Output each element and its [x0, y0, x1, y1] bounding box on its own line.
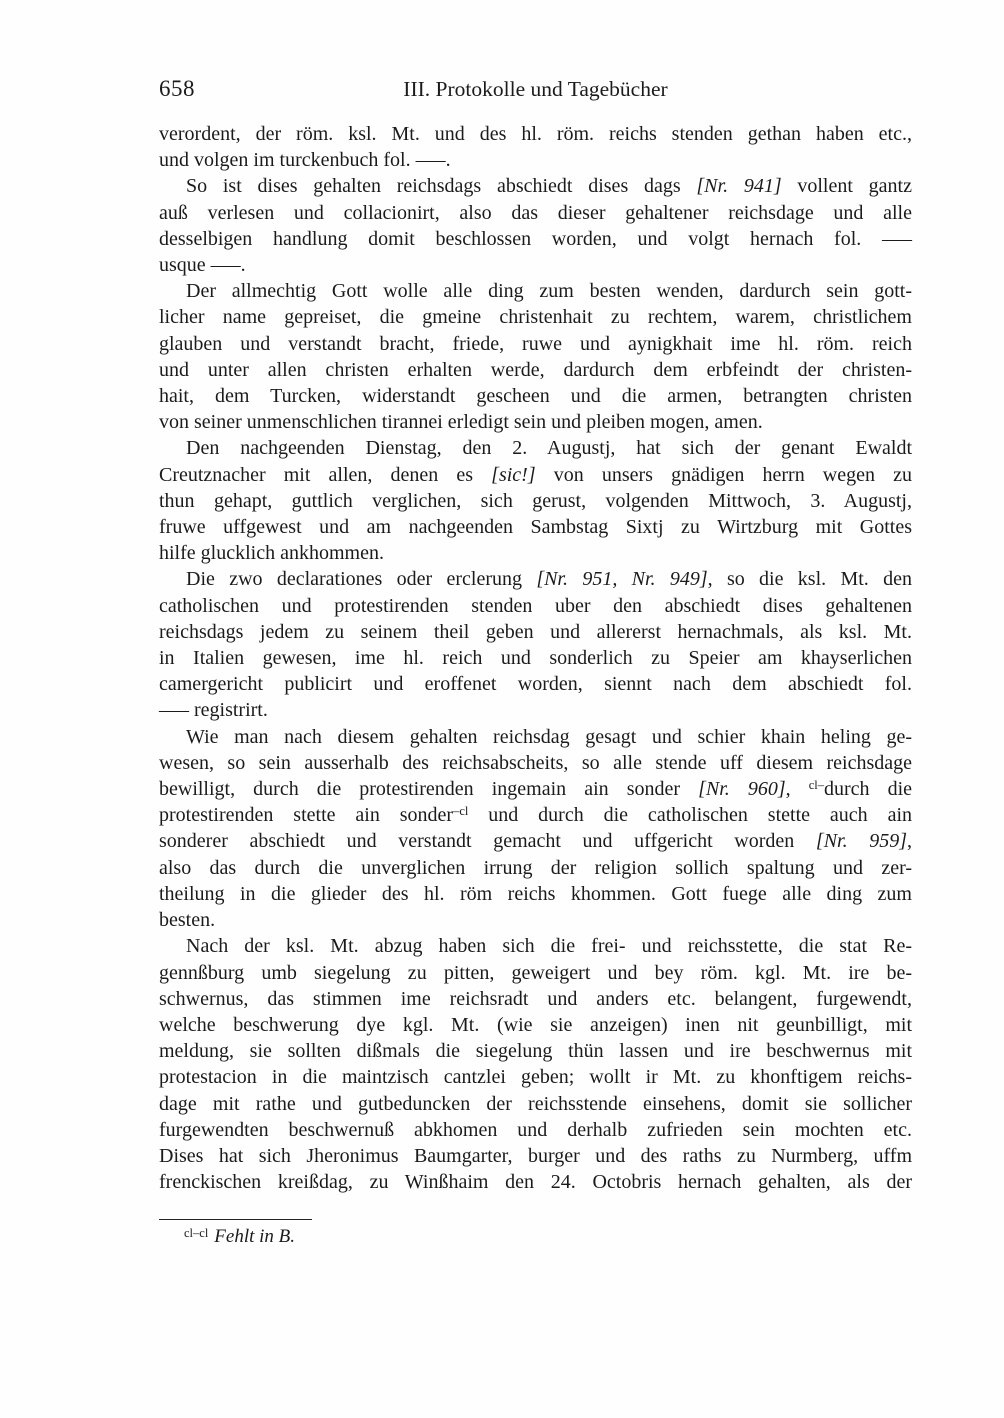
text-segment: [Nr. 951, Nr. 949] [536, 568, 707, 590]
text-segment: meldung, sie sollten dißmals die siegelu… [159, 1040, 912, 1062]
text-segment: Wie man nach diesem gehalten reichsdag g… [186, 726, 912, 748]
text-segment: dage mit rathe und gutbeduncken der reic… [159, 1093, 912, 1115]
text-segment: von seiner unmenschlichen tirannei erled… [159, 411, 763, 433]
text-line: licher name gepreiset, die gmeine christ… [159, 304, 912, 330]
text-line: dage mit rathe und gutbeduncken der reic… [159, 1091, 912, 1117]
text-segment: frenckischen kreißdag, zu Winßhaim den 2… [159, 1171, 912, 1193]
text-segment: und unter allen christen erhalten werde,… [159, 359, 912, 381]
text-line: Creutznacher mit allen, denen es [sic!] … [159, 462, 912, 488]
text-segment: usque –––. [159, 254, 246, 276]
text-segment: bewilligt, durch die protestirenden inge… [159, 778, 698, 800]
footnote-label: Fehlt in B. [214, 1226, 295, 1247]
text-line: Der allmechtig Gott wolle alle ding zum … [159, 278, 912, 304]
text-segment: gennßburg umb siegelung zu pitten, gewei… [159, 962, 912, 984]
text-line: Den nachgeenden Dienstag, den 2. Augustj… [159, 435, 912, 461]
text-segment: sonderer abschiedt und verstandt gemacht… [159, 830, 816, 852]
text-line: wesen, so sein ausserhalb des reichsabsc… [159, 750, 912, 776]
text-segment: Nach der ksl. Mt. abzug haben sich die f… [186, 935, 912, 957]
text-segment: verordent, der röm. ksl. Mt. und des hl.… [159, 123, 912, 145]
text-segment: ––– registrirt. [159, 699, 268, 721]
text-segment: thun gehapt, guttlich verglichen, sich g… [159, 490, 912, 512]
text-line: besten. [159, 907, 912, 933]
text-line: verordent, der röm. ksl. Mt. und des hl.… [159, 121, 912, 147]
text-line: desselbigen handlung domit beschlossen w… [159, 226, 912, 252]
footnote-text: cl–clFehlt in B. [159, 1225, 912, 1249]
text-line: schwernus, das stimmen ime reichsradt un… [159, 986, 912, 1012]
text-segment: auß verlesen und collacionirt, also das … [159, 202, 912, 224]
text-line: Dises hat sich Jheronimus Baumgarter, bu… [159, 1143, 912, 1169]
text-segment: Dises hat sich Jheronimus Baumgarter, bu… [159, 1145, 912, 1167]
text-line: So ist dises gehalten reichsdags abschie… [159, 173, 912, 199]
text-line: ––– registrirt. [159, 697, 912, 723]
text-segment: Der allmechtig Gott wolle alle ding zum … [186, 280, 912, 302]
text-segment: So ist dises gehalten reichsdags abschie… [186, 175, 696, 197]
text-segment: und volgen im turckenbuch fol. –––. [159, 149, 451, 171]
text-line: sonderer abschiedt und verstandt gemacht… [159, 828, 912, 854]
text-line: Die zwo declarationes oder erclerung [Nr… [159, 566, 912, 592]
text-line: welche beschwerung dye kgl. Mt. (wie sie… [159, 1012, 912, 1038]
text-line: fruwe uffgewest und am nachgeenden Sambs… [159, 514, 912, 540]
page-header: 658 III. Protokolle und Tagebücher [159, 76, 912, 106]
text-segment: [sic!] [491, 464, 535, 486]
text-segment: protestirenden stette ain sonder [159, 804, 453, 826]
text-segment: besten. [159, 909, 215, 931]
text-segment: vollent gantz [782, 175, 912, 197]
text-segment: licher name gepreiset, die gmeine christ… [159, 306, 912, 328]
text-line: Wie man nach diesem gehalten reichsdag g… [159, 724, 912, 750]
text-segment: welche beschwerung dye kgl. Mt. (wie sie… [159, 1014, 912, 1036]
text-segment: [Nr. 959] [816, 830, 907, 852]
text-line: und volgen im turckenbuch fol. –––. [159, 147, 912, 173]
book-page: 658 III. Protokolle und Tagebücher veror… [0, 0, 1004, 1418]
text-line: protestacion in die maintzisch cantzlei … [159, 1064, 912, 1090]
footnote-marker-ref: cl– [809, 778, 824, 792]
text-line: gennßburg umb siegelung zu pitten, gewei… [159, 960, 912, 986]
text-line: bewilligt, durch die protestirenden inge… [159, 776, 912, 802]
footnote-marker-ref: –cl [453, 804, 468, 818]
text-segment: camergericht publicirt und eroffenet wor… [159, 673, 912, 695]
text-line: usque –––. [159, 252, 912, 278]
footnote-marker: cl–cl [184, 1226, 208, 1240]
text-line: und unter allen christen erhalten werde,… [159, 357, 912, 383]
text-segment: desselbigen handlung domit beschlossen w… [159, 228, 912, 250]
body-lines: verordent, der röm. ksl. Mt. und des hl.… [159, 121, 912, 1195]
footnote-rule [159, 1219, 312, 1220]
text-line: reichsdags jedem zu seinem theil geben u… [159, 619, 912, 645]
text-line: also das durch die unverglichen irrung d… [159, 855, 912, 881]
text-segment: in Italien gewesen, ime hl. reich und so… [159, 647, 912, 669]
text-segment: , [907, 830, 912, 852]
text-line: protestirenden stette ain sonder–cl und … [159, 802, 912, 828]
text-segment: catholischen und protestirenden stenden … [159, 595, 912, 617]
text-segment: fruwe uffgewest und am nachgeenden Sambs… [159, 516, 912, 538]
text-line: in Italien gewesen, ime hl. reich und so… [159, 645, 912, 671]
text-segment: furgewendten beschwernuß abkhomen und de… [159, 1119, 912, 1141]
text-line: hilfe glucklich ankhommen. [159, 540, 912, 566]
text-segment: Creutznacher mit allen, denen es [159, 464, 491, 486]
running-title: III. Protokolle und Tagebücher [159, 77, 912, 102]
text-segment: theilung in die glieder des hl. röm reic… [159, 883, 912, 905]
text-segment: [Nr. 941] [696, 175, 781, 197]
footnote: cl–clFehlt in B. [159, 1219, 912, 1249]
text-line: von seiner unmenschlichen tirannei erled… [159, 409, 912, 435]
text-segment: und durch die catholischen stette auch a… [468, 804, 912, 826]
text-segment: , so die ksl. Mt. den [708, 568, 912, 590]
text-segment: hilfe glucklich ankhommen. [159, 542, 384, 564]
text-segment: also das durch die unverglichen irrung d… [159, 857, 912, 879]
text-segment: [Nr. 960] [698, 778, 786, 800]
text-line: hait, dem Turcken, widerstandt gescheen … [159, 383, 912, 409]
text-line: Nach der ksl. Mt. abzug haben sich die f… [159, 933, 912, 959]
text-segment: protestacion in die maintzisch cantzlei … [159, 1066, 912, 1088]
text-line: theilung in die glieder des hl. röm reic… [159, 881, 912, 907]
text-segment: wesen, so sein ausserhalb des reichsabsc… [159, 752, 912, 774]
text-segment: von unsers gnädigen herrn wegen zu [536, 464, 912, 486]
text-line: thun gehapt, guttlich verglichen, sich g… [159, 488, 912, 514]
text-line: catholischen und protestirenden stenden … [159, 593, 912, 619]
text-line: camergericht publicirt und eroffenet wor… [159, 671, 912, 697]
text-line: meldung, sie sollten dißmals die siegelu… [159, 1038, 912, 1064]
text-line: frenckischen kreißdag, zu Winßhaim den 2… [159, 1169, 912, 1195]
text-segment: durch die [824, 778, 912, 800]
text-line: furgewendten beschwernuß abkhomen und de… [159, 1117, 912, 1143]
text-line: auß verlesen und collacionirt, also das … [159, 200, 912, 226]
text-segment: Den nachgeenden Dienstag, den 2. Augustj… [186, 437, 912, 459]
text-segment: hait, dem Turcken, widerstandt gescheen … [159, 385, 912, 407]
text-segment: glauben und verstandt bracht, friede, ru… [159, 333, 912, 355]
text-segment: reichsdags jedem zu seinem theil geben u… [159, 621, 912, 643]
text-line: glauben und verstandt bracht, friede, ru… [159, 331, 912, 357]
text-segment: , [786, 778, 809, 800]
text-segment: Die zwo declarationes oder erclerung [186, 568, 536, 590]
text-segment: schwernus, das stimmen ime reichsradt un… [159, 988, 912, 1010]
